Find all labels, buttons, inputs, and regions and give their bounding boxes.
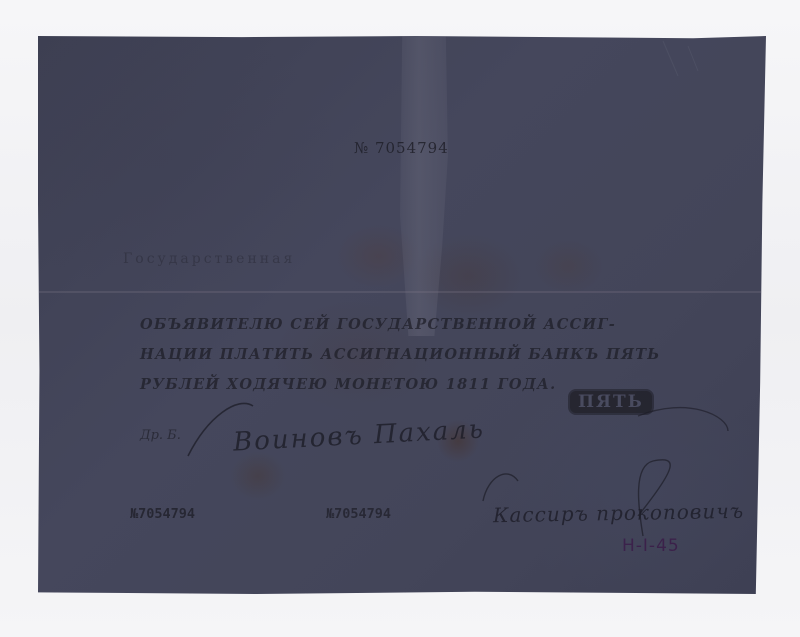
- register-label: Др. Б.: [140, 428, 181, 443]
- faint-header-text: Государственная: [123, 251, 295, 267]
- serial-number-middle: №7054794: [326, 506, 391, 522]
- signature-director: Воиновъ Пахаль: [232, 414, 485, 457]
- signature-cashier: Кассиръ прокоповичъ: [493, 499, 744, 527]
- amount-stamp: ПЯТЬ: [570, 391, 652, 413]
- text-line-1: ОБЪЯВИТЕЛЮ СЕЙ ГОСУДАРСТВЕННОЙ АССИГ-: [140, 316, 616, 333]
- text-line-3: РУБЛЕЙ ХОДЯЧЕЮ МОНЕТОЮ 1811 ГОДА.: [140, 376, 557, 393]
- fold-crease: [38, 291, 766, 293]
- banknote-paper: № 7054794 Государственная ОБЪЯВИТЕЛЮ СЕЙ…: [38, 36, 766, 594]
- archive-catalog-mark: Н-Ӏ-45: [622, 536, 680, 556]
- serial-number-left: №7054794: [130, 506, 195, 522]
- top-serial-number: № 7054794: [354, 139, 449, 157]
- text-line-2: НАЦИИ ПЛАТИТЬ АССИГНАЦИОННЫЙ БАНКЪ ПЯТЬ: [140, 346, 661, 363]
